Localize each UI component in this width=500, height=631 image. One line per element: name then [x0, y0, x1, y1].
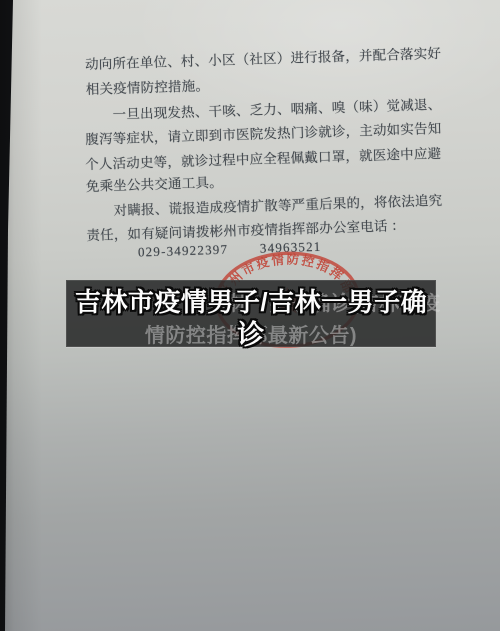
doc-line: 动向所在单位、村、小区（社区）进行报备，并配合落实好	[85, 42, 442, 73]
doc-line: 相关疫情防控措施。	[85, 74, 209, 98]
caption-line-1: 吉林一男子确诊(吉林市疫 吉林市疫情男子/吉林一男子确	[66, 281, 436, 314]
doc-line: 免乘坐公共交通工具。	[86, 171, 224, 195]
doc-line: 个人活动史等，就诊过程中应全程佩戴口罩，就医途中应避	[85, 142, 442, 173]
caption-bold-text-2: 诊	[237, 313, 265, 352]
document-photo: 动向所在单位、村、小区（社区）进行报备，并配合落实好 相关疫情防控措施。 一旦出…	[0, 0, 500, 631]
caption-band: 吉林一男子确诊(吉林市疫 吉林市疫情男子/吉林一男子确 情防控指挥部最新公告) …	[66, 280, 436, 347]
